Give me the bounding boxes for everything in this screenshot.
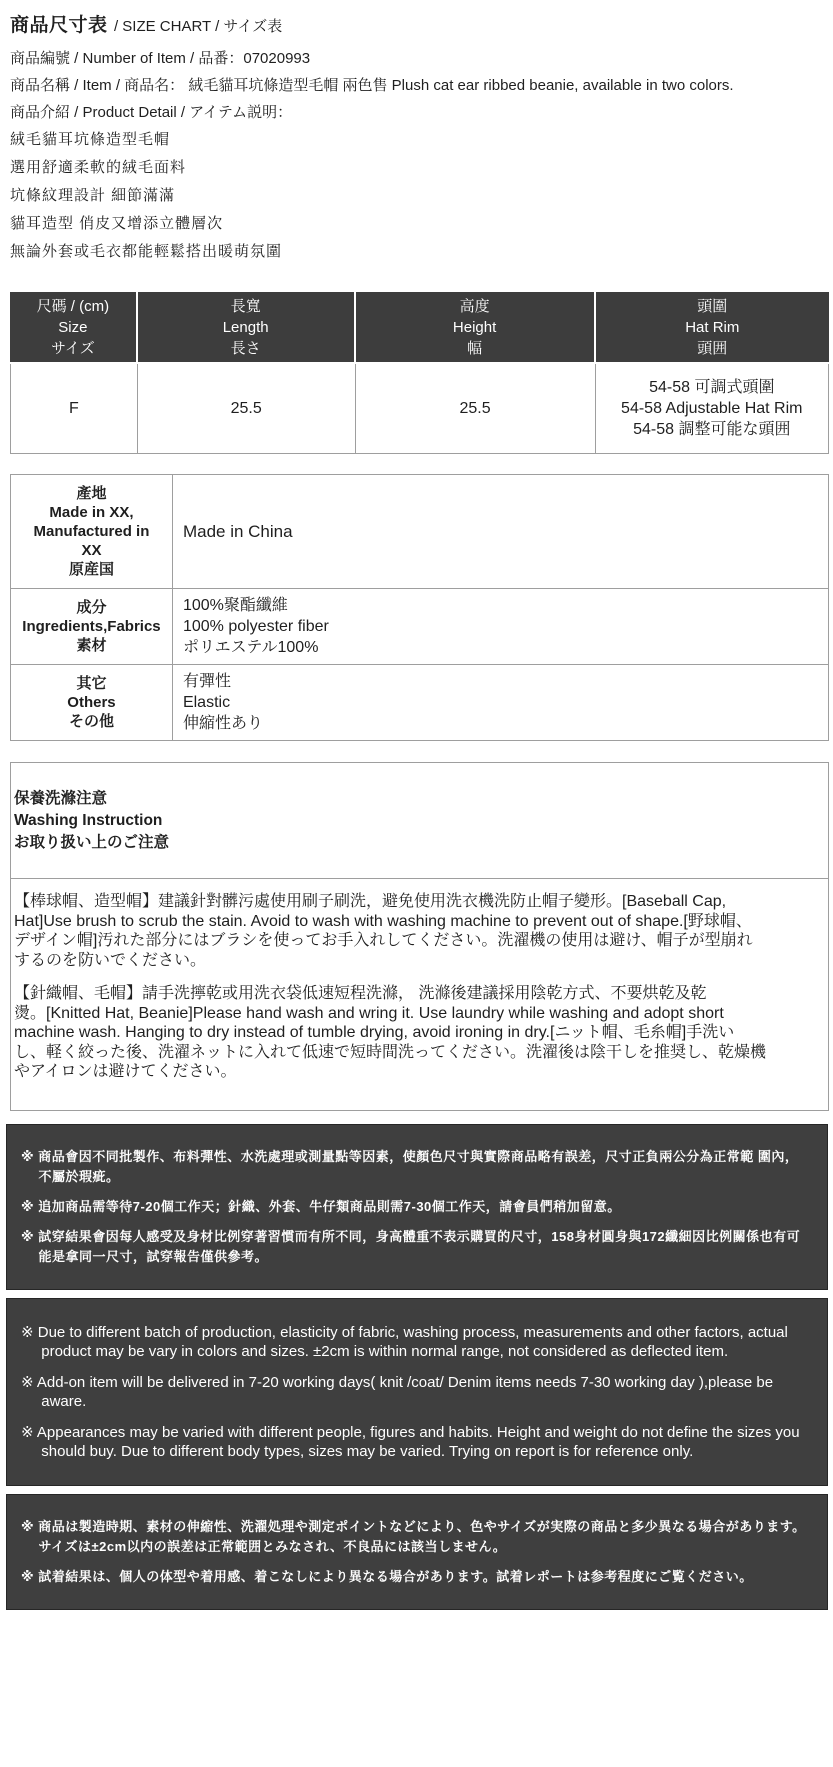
origin-value: Made in China [172,475,828,589]
product-detail-heading: 商品介紹 / Product Detail / アイテム説明： [10,99,822,126]
product-info-table: 產地Made in XX,Manufactured inXX原産国 Made i… [10,474,829,741]
size-chart-page: 商品尺寸表 / SIZE CHART / サイズ表 商品編號 / Number … [0,0,833,1767]
length-value-cell: 25.5 [138,364,356,454]
washing-instruction-heading: 保養洗滌注意Washing Instructionお取り扱い上のご注意 [11,763,828,879]
ingredients-label: 成分Ingredients,Fabrics素材 [11,589,173,665]
info-row-others: 其它Othersその他 有彈性Elastic伸縮性あり [11,665,829,741]
size-table-header-height: 高度Height幅 [356,292,596,364]
info-row-origin: 產地Made in XX,Manufactured inXX原産国 Made i… [11,475,829,589]
item-name-line: 商品名稱 / Item / 商品名： 絨毛貓耳坑條造型毛帽 兩色售 Plush … [10,72,822,99]
notice-box-english: ※ Due to different batch of production, … [6,1298,828,1486]
washing-instruction-body: 【棒球帽、造型帽】建議針對髒污處使用刷子刷洗，避免使用洗衣機洗防止帽子變形。[B… [11,879,828,1110]
item-number-line: 商品編號 / Number of Item / 品番：07020993 [10,45,822,72]
hat-rim-value-cell: 54-58 可調式頭圍54-58 Adjustable Hat Rim54-58… [596,364,829,454]
notice-box-chinese: ※ 商品會因不同批製作、布料彈性、水洗處理或測量點等因素，使顏色尺寸與實際商品略… [6,1124,828,1290]
washing-para-beanie: 【針織帽、毛帽】請手洗擰乾或用洗衣袋低速短程洗滌， 洗滌後建議採用陰乾方式、不要… [14,984,766,1082]
height-value-cell: 25.5 [356,364,596,454]
page-title-zh: 商品尺寸表 [10,15,108,36]
notice-box-japanese: ※ 商品は製造時期、素材の伸縮性、洗濯処理や測定ポイントなどにより、色やサイズが… [6,1494,828,1610]
washing-para-cap: 【棒球帽、造型帽】建議針對髒污處使用刷子刷洗，避免使用洗衣機洗防止帽子變形。[B… [14,892,766,970]
size-table-header-row: 尺碼 / (cm)Sizeサイズ 長寬Length長さ 高度Height幅 頭圍… [10,292,829,364]
size-table-header-length: 長寬Length長さ [138,292,356,364]
size-table-header-size: 尺碼 / (cm)Sizeサイズ [10,292,138,364]
others-value: 有彈性Elastic伸縮性あり [172,665,828,741]
size-table-row: F 25.5 25.5 54-58 可調式頭圍54-58 Adjustable … [10,364,829,454]
product-detail-description: 絨毛貓耳坑條造型毛帽選用舒適柔軟的絨毛面料坑條紋理設計 細節滿滿貓耳造型 俏皮又… [10,126,822,266]
size-table-header-hat-rim: 頭圍Hat Rim頭囲 [596,292,829,364]
origin-label: 產地Made in XX,Manufactured inXX原産国 [11,475,173,589]
page-title: 商品尺寸表 / SIZE CHART / サイズ表 [10,10,822,37]
ingredients-value: 100%聚酯纖維100% polyester fiberポリエステル100% [172,589,828,665]
washing-instruction-box: 保養洗滌注意Washing Instructionお取り扱い上のご注意 【棒球帽… [10,762,829,1111]
others-label: 其它Othersその他 [11,665,173,741]
size-value-cell: F [10,364,138,454]
size-table: 尺碼 / (cm)Sizeサイズ 長寬Length長さ 高度Height幅 頭圍… [10,292,829,454]
page-title-tail: / SIZE CHART / サイズ表 [114,18,282,35]
info-row-ingredients: 成分Ingredients,Fabrics素材 100%聚酯纖維100% pol… [11,589,829,665]
